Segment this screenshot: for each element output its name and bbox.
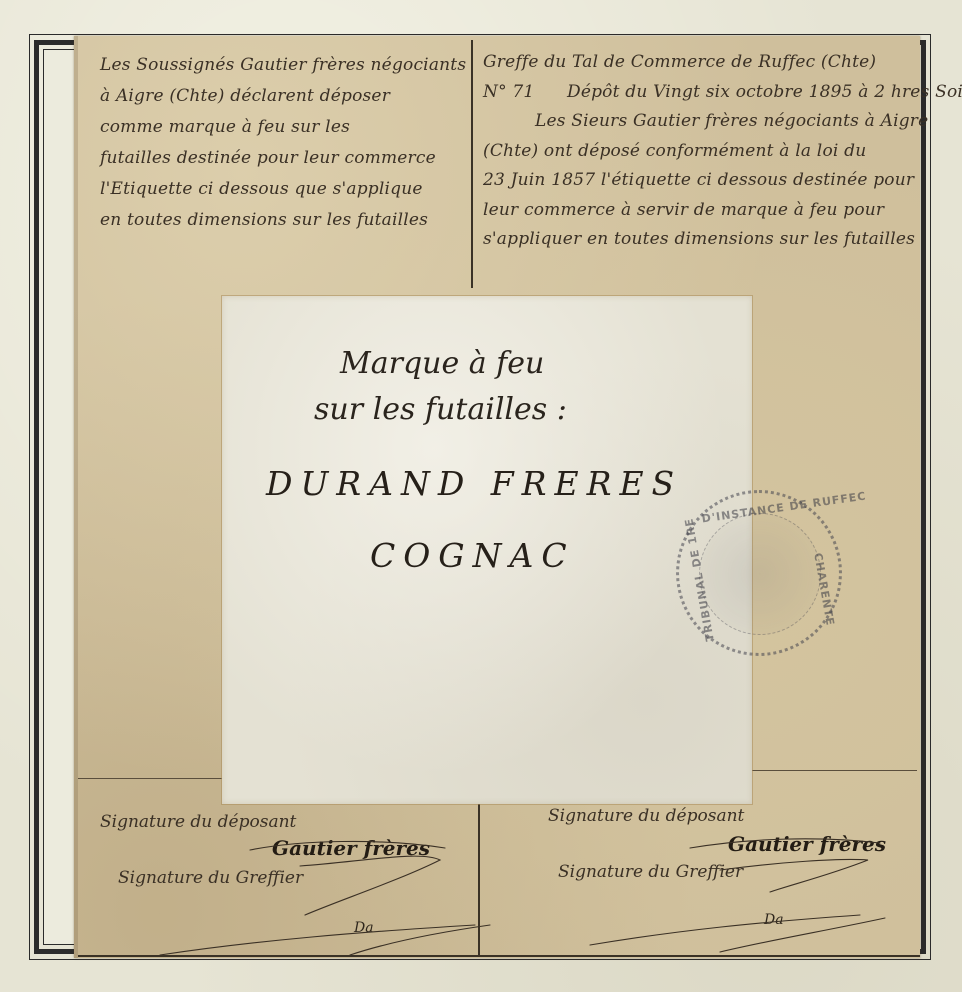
paper-bottom-rule — [78, 955, 920, 957]
registry-line: (Chte) ont déposé conformément à la loi … — [483, 137, 928, 167]
declaration-line: Les Soussignés Gautier frères négociants — [100, 50, 466, 81]
card-title-line1: Marque à feu — [340, 346, 544, 381]
card-title-line2: sur les futailles : — [314, 392, 567, 427]
brand-name: DURAND FRERES — [266, 464, 682, 503]
registry-line: Les Sieurs Gautier frères négociants à A… — [483, 107, 928, 137]
column-divider-bottom — [478, 800, 480, 955]
ruled-line — [78, 778, 228, 779]
declaration-line: l'Etiquette ci dessous que s'applique — [100, 174, 466, 205]
declaration-line: futailles destinée pour leur commerce — [100, 143, 466, 174]
column-divider-top — [471, 40, 473, 288]
registry-header: Greffe du Tal de Commerce de Ruffec (Cht… — [483, 48, 928, 78]
brand-location: COGNAC — [370, 536, 575, 575]
left-depositor-signature: Gautier frères — [272, 836, 430, 860]
paper-edge-shadow — [74, 36, 78, 958]
declaration-left: Les Soussignés Gautier frères négociants… — [100, 50, 466, 236]
left-clerk-label: Signature du Greffier — [118, 868, 303, 888]
registry-line: 23 Juin 1857 l'étiquette ci dessous dest… — [483, 166, 928, 196]
declaration-line: en toutes dimensions sur les futailles — [100, 205, 466, 236]
left-clerk-mark: Da — [354, 920, 374, 936]
right-depositor-label: Signature du déposant — [548, 806, 744, 826]
ruled-line — [752, 770, 917, 771]
official-stamp: D'INSTANCE DE RUFFEC TRIBUNAL DE 1RE CHA… — [676, 490, 842, 656]
registry-number-line: N° 71 Dépôt du Vingt six octobre 1895 à … — [483, 78, 928, 108]
right-clerk-label: Signature du Greffier — [558, 862, 743, 882]
registry-right: Greffe du Tal de Commerce de Ruffec (Cht… — [483, 48, 928, 255]
declaration-line: comme marque à feu sur les — [100, 112, 466, 143]
registry-line: leur commerce à servir de marque à feu p… — [483, 196, 928, 226]
trademark-card: Marque à feu sur les futailles : DURAND … — [222, 296, 752, 804]
declaration-line: à Aigre (Chte) déclarent déposer — [100, 81, 466, 112]
registry-line: Dépôt du Vingt six octobre 1895 à 2 hres… — [567, 78, 962, 108]
right-depositor-signature: Gautier frères — [728, 832, 886, 856]
registry-number: N° 71 — [483, 82, 534, 102]
registry-line: s'appliquer en toutes dimensions sur les… — [483, 225, 928, 255]
right-clerk-mark: Da — [764, 912, 784, 928]
left-depositor-label: Signature du déposant — [100, 812, 296, 832]
stamp-emblem-icon — [699, 513, 821, 635]
